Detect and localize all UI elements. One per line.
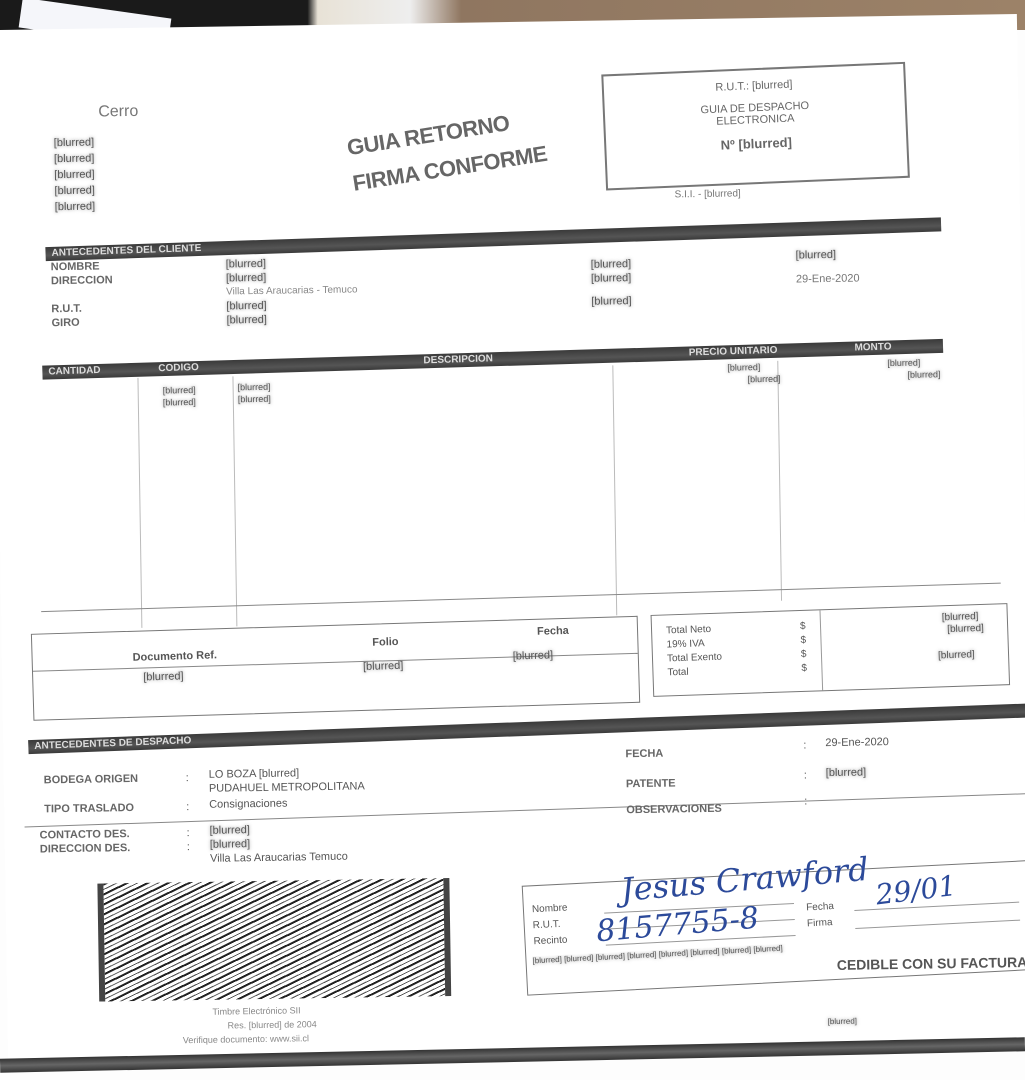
column-divider — [232, 376, 237, 626]
license-plate: [blurred] — [826, 766, 867, 779]
ref-fecha: [blurred] — [513, 649, 554, 662]
column-header: PRECIO UNITARIO — [648, 343, 818, 362]
issuer-line: [blurred] — [54, 150, 254, 165]
sii-office: S.I.I. - [blurred] — [675, 188, 741, 200]
column-header: MONTO — [818, 339, 928, 356]
items-table-header: CANTIDAD CODIGO DESCRIPCION PRECIO UNITA… — [42, 339, 943, 380]
ref-col-fecha: Fecha — [537, 625, 569, 638]
field-label: DIRECCION — [51, 274, 113, 287]
rut-label: R.U.T.: [blurred] — [604, 74, 904, 99]
timbre-line: Timbre Electrónico SII — [212, 1005, 300, 1016]
destination-city: Villa Las Araucarias Temuco — [210, 851, 348, 865]
rut-box: R.U.T.: [blurred] GUIA DE DESPACHO ELECT… — [601, 62, 910, 191]
receipt-label-fecha: Fecha — [806, 901, 834, 913]
field-label: [blurred] — [591, 258, 632, 271]
field-label: GIRO — [51, 317, 79, 329]
contact: [blurred] — [209, 819, 559, 836]
issuer-line: [blurred] — [54, 169, 95, 182]
field-value: [blurred] — [226, 314, 267, 327]
electronic-stamp-barcode — [97, 878, 451, 1002]
field-value: [blurred] — [226, 258, 267, 271]
column-header: DESCRIPCION — [268, 348, 648, 373]
field-value: [blurred] — [226, 300, 267, 313]
issuer-logo: Cerro — [98, 103, 138, 122]
transfer-type: Consignaciones — [209, 798, 287, 811]
field-label: R.U.T. — [51, 303, 82, 315]
field-value: Villa Las Araucarias - Temuco — [226, 284, 358, 297]
cedible-label: CEDIBLE CON SU FACTURA — [837, 954, 1025, 973]
total-line: Total Neto $ [blurred] — [652, 604, 1007, 616]
ref-col-documento: Documento Ref. — [132, 649, 217, 663]
footer-text: [blurred] — [828, 1017, 857, 1026]
receipt-label-recinto: Recinto — [533, 935, 567, 948]
destination-address: [blurred] — [210, 838, 251, 851]
issuer-line: [blurred] — [54, 185, 95, 198]
origin-commune: PUDAHUEL METROPOLITANA — [209, 780, 365, 794]
totals-box: Total Neto $ [blurred] 19% IVA $ [blurre… — [651, 603, 1011, 697]
timbre-line: Res. [blurred] de 2004 — [228, 1019, 317, 1030]
receipt-label-rut: R.U.T. — [532, 919, 560, 931]
origin-warehouse: LO BOZA [blurred] — [209, 767, 300, 780]
column-header: CANTIDAD — [48, 362, 158, 379]
issuer-line: [blurred] — [55, 201, 96, 214]
column-divider — [612, 365, 617, 615]
doc-type: GUIA DE DESPACHO ELECTRONICA — [605, 96, 906, 133]
field-value: 29-Ene-2020 — [796, 273, 860, 286]
dispatch-date: 29-Ene-2020 — [825, 736, 889, 749]
field-label: [blurred] — [591, 295, 632, 308]
field-label: [blurred] — [591, 272, 632, 285]
field-value: [blurred] — [796, 249, 837, 262]
issuer-line: [blurred] — [54, 137, 95, 150]
dispatch-guide-sheet: Cerro [blurred] [blurred] [blurred] [blu… — [0, 14, 1025, 1060]
receipt-label-firma: Firma — [807, 917, 833, 929]
ref-documento: [blurred] — [143, 670, 184, 683]
field-label: NOMBRE — [51, 260, 100, 273]
timbre-line: Verifique documento: www.sii.cl — [183, 1033, 309, 1045]
receipt-label-nombre: Nombre — [532, 902, 568, 915]
column-header: CODIGO — [158, 359, 268, 376]
ref-col-folio: Folio — [372, 636, 399, 649]
references-box: Documento Ref. Folio Fecha [blurred] [bl… — [31, 616, 640, 721]
column-divider — [137, 378, 142, 628]
folio-number: Nº [blurred] — [606, 130, 906, 158]
column-divider — [777, 361, 782, 601]
document-title: GUIA RETORNO FIRMA CONFORME — [345, 100, 550, 201]
ref-folio: [blurred] — [363, 660, 404, 673]
field-value: [blurred] — [226, 272, 267, 285]
